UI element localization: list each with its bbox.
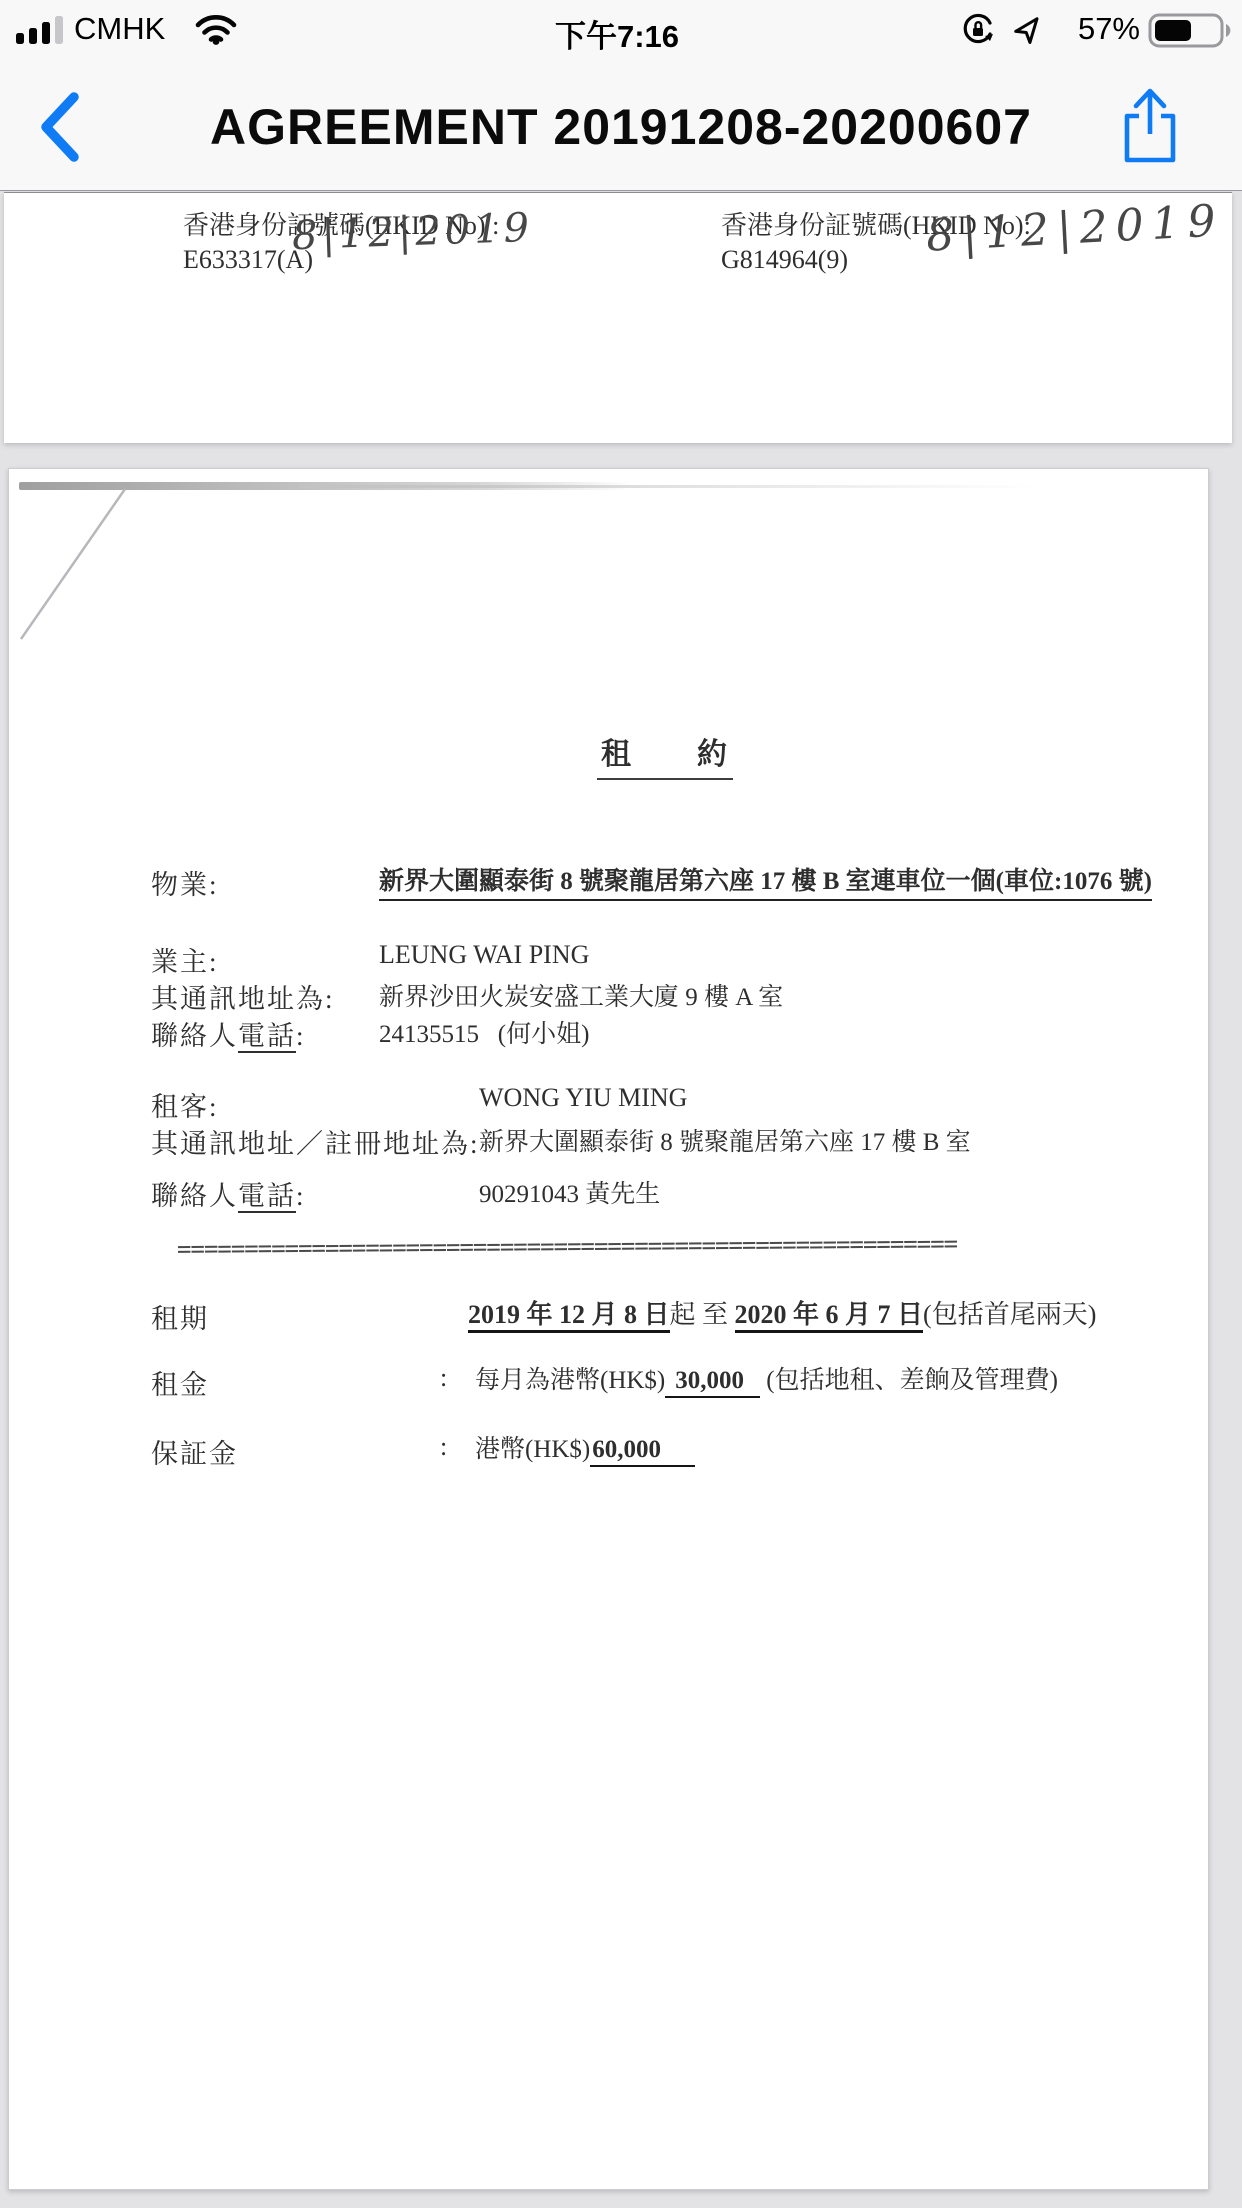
- back-button[interactable]: [34, 90, 86, 164]
- section-divider: ========================================…: [177, 1230, 957, 1263]
- contact-label-prefix: 聯絡人: [151, 1021, 238, 1051]
- tenant-address-label: 其通訊地址／註冊地址為:: [151, 1122, 480, 1161]
- deposit-value: 港幣(HK$)60,000: [475, 1429, 695, 1465]
- rent-value: 每月為港幣(HK$)30,000 (包括地租、差餉及管理費): [475, 1360, 1058, 1396]
- hkid-value-right: G814964(9): [721, 245, 848, 275]
- wifi-icon: [194, 12, 238, 46]
- document-scroll-area[interactable]: 香港身份証號碼(HKID No) : E633317(A) 8|12|2019 …: [0, 192, 1242, 2208]
- term-value: 2019 年 12 月 8 日起 至 2020 年 6 月 7 日(包括首尾兩天…: [468, 1294, 1096, 1331]
- rent-label: 租金: [151, 1363, 209, 1402]
- iphone-screen: CMHK 下午7:16 57%: [0, 0, 1242, 2208]
- clock: 下午7:16: [482, 11, 752, 56]
- property-label: 物業:: [151, 863, 219, 902]
- landlord-contact-value: 24135515 (何小姐): [379, 1014, 589, 1050]
- document-page-1: 香港身份証號碼(HKID No) : E633317(A) 8|12|2019 …: [4, 192, 1232, 443]
- term-label: 租期: [151, 1297, 209, 1336]
- tenant-address-value: 新界大圍顯泰街 8 號聚龍居第六座 17 樓 B 室: [479, 1122, 971, 1158]
- term-note: (包括首尾兩天): [923, 1300, 1096, 1329]
- term-end-date: 2020 年 6 月 7 日: [735, 1300, 924, 1333]
- term-joiner: 起 至: [670, 1300, 735, 1329]
- tenant-contact-value: 90291043 黃先生: [479, 1174, 660, 1210]
- back-chevron-icon: [34, 90, 86, 164]
- share-icon: [1120, 86, 1180, 166]
- landlord-label: 業主:: [151, 940, 219, 979]
- landlord-address-value: 新界沙田火炭安盛工業大廈 9 樓 A 室: [379, 977, 783, 1013]
- deposit-colon: :: [440, 1432, 447, 1462]
- tenant-value: WONG YIU MING: [479, 1083, 687, 1113]
- battery-icon: [1148, 13, 1234, 49]
- handwritten-date-left: 8|12|2019: [291, 205, 534, 259]
- term-start-date: 2019 年 12 月 8 日: [468, 1300, 670, 1333]
- scan-artifact-smear-thin: [299, 485, 1039, 488]
- rotation-lock-icon: [960, 12, 996, 48]
- rent-prefix: 每月為港幣(HK$): [475, 1367, 665, 1394]
- contact-label-colon: :: [296, 1021, 306, 1051]
- landlord-address-label: 其通訊地址為:: [151, 977, 335, 1016]
- deposit-prefix: 港幣(HK$): [475, 1436, 590, 1463]
- rent-colon: :: [440, 1363, 447, 1393]
- contact-label-phone: 電話: [238, 1021, 296, 1053]
- landlord-contact-label: 聯絡人電話:: [151, 1014, 306, 1053]
- agreement-title: 租 約: [597, 729, 733, 780]
- landlord-value: LEUNG WAI PING: [379, 940, 589, 970]
- navigation-bar: AGREEMENT 20191208-20200607: [0, 60, 1242, 191]
- rent-note: (包括地租、差餉及管理費): [760, 1367, 1058, 1394]
- deposit-amount: 60,000: [590, 1436, 695, 1467]
- tenant-label: 租客:: [151, 1085, 219, 1124]
- tenant-contact-label: 聯絡人電話:: [151, 1174, 306, 1213]
- document-title: AGREEMENT 20191208-20200607: [100, 98, 1142, 156]
- contact-label-phone: 電話: [238, 1181, 296, 1213]
- rent-amount: 30,000: [665, 1367, 760, 1398]
- deposit-label: 保証金: [151, 1432, 238, 1471]
- scan-artifact-diagonal: [13, 487, 143, 647]
- location-arrow-icon: [1012, 12, 1046, 46]
- contact-label-prefix: 聯絡人: [151, 1181, 238, 1211]
- contact-label-colon: :: [296, 1181, 306, 1211]
- property-value: 新界大圍顯泰街 8 號聚龍居第六座 17 樓 B 室連車位一個(車位:1076 …: [379, 861, 1152, 901]
- signal-bars-icon: [16, 13, 66, 47]
- battery-percent-label: 57%: [1058, 11, 1140, 47]
- carrier-label: CMHK: [74, 11, 165, 47]
- status-bar: CMHK 下午7:16 57%: [0, 0, 1242, 60]
- document-page-2: 租 約 物業: 新界大圍顯泰街 8 號聚龍居第六座 17 樓 B 室連車位一個(…: [8, 468, 1209, 2190]
- share-button[interactable]: [1120, 86, 1184, 168]
